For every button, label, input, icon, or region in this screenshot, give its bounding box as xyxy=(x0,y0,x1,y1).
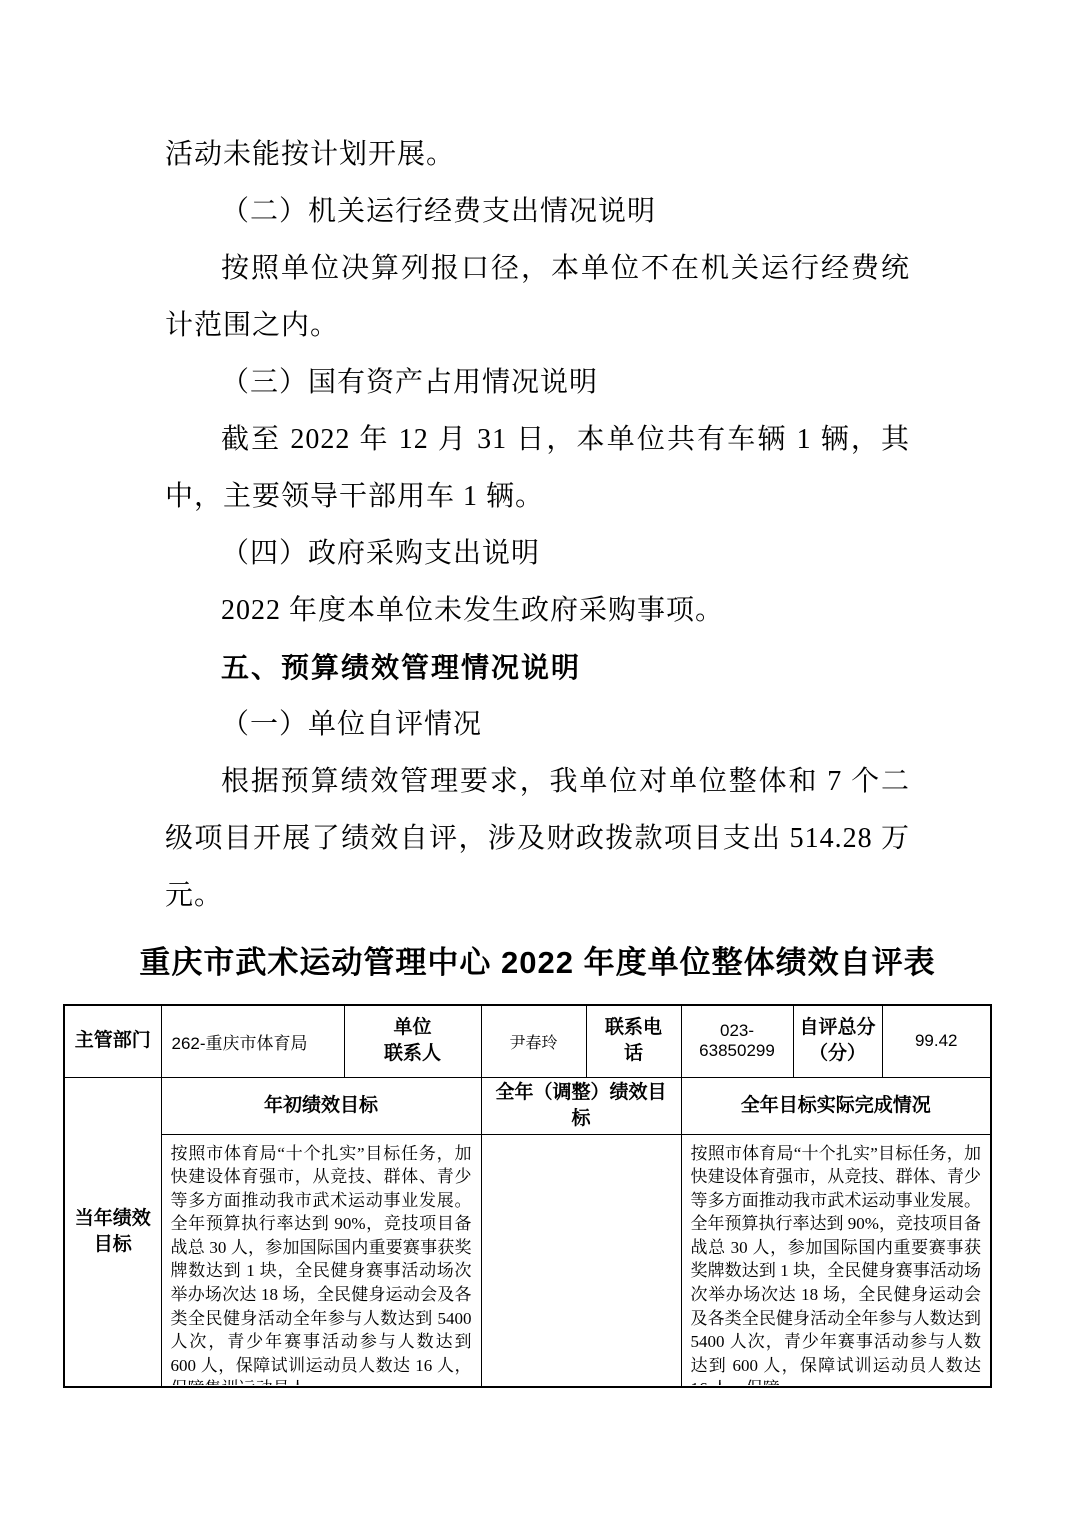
para-admin-expense: 按照单位决算列报口径，本单位不在机关运行经费统计范围之内。 xyxy=(165,240,910,354)
score-label-cell: 自评总分 （分） xyxy=(793,1005,882,1077)
score-value-cell: 99.42 xyxy=(882,1005,991,1077)
heading-self-eval: （一）单位自评情况 xyxy=(165,696,910,753)
heading-state-assets: （三）国有资产占用情况说明 xyxy=(165,354,910,411)
document-body: 活动未能按计划开展。 （二）机关运行经费支出情况说明 按照单位决算列报口径，本单… xyxy=(0,0,1075,924)
table-title: 重庆市武术运动管理中心 2022 年度单位整体绩效自评表 xyxy=(0,942,1075,984)
initial-goal-header-cell: 年初绩效目标 xyxy=(161,1077,481,1134)
table-goal-content-row: 按照市体育局“十个扎实”目标任务，加快建设体育强市，从竞技、群体、青少等多方面推… xyxy=(64,1134,991,1387)
contact-label-cell: 单位 联系人 xyxy=(344,1005,481,1077)
initial-goal-cell: 按照市体育局“十个扎实”目标任务，加快建设体育强市，从竞技、群体、青少等多方面推… xyxy=(161,1134,481,1387)
para-state-assets: 截至 2022 年 12 月 31 日，本单位共有车辆 1 辆，其中，主要领导干… xyxy=(165,411,910,525)
actual-completion-header-cell: 全年目标实际完成情况 xyxy=(681,1077,991,1134)
heading-performance-mgmt: 五、预算绩效管理情况说明 xyxy=(165,639,910,696)
performance-self-eval-table: 主管部门 262-重庆市体育局 单位 联系人 尹春玲 联系电 话 023- 63… xyxy=(63,1004,992,1388)
heading-admin-expense: （二）机关运行经费支出情况说明 xyxy=(165,183,910,240)
adjusted-goal-cell xyxy=(481,1134,681,1387)
paragraph-carryover: 活动未能按计划开展。 xyxy=(165,126,910,183)
initial-goal-text: 按照市体育局“十个扎实”目标任务，加快建设体育强市，从竞技、群体、青少等多方面推… xyxy=(163,1136,480,1385)
document-page: 活动未能按计划开展。 （二）机关运行经费支出情况说明 按照单位决算列报口径，本单… xyxy=(0,0,1075,1520)
dept-label-cell: 主管部门 xyxy=(64,1005,161,1077)
para-self-eval: 根据预算绩效管理要求，我单位对单位整体和 7 个二级项目开展了绩效自评，涉及财政… xyxy=(165,753,910,924)
table-info-row: 主管部门 262-重庆市体育局 单位 联系人 尹春玲 联系电 话 023- 63… xyxy=(64,1005,991,1077)
table-column-header-row: 当年绩效 目标 年初绩效目标 全年（调整）绩效目 标 全年目标实际完成情况 xyxy=(64,1077,991,1134)
current-year-goal-label-cell: 当年绩效 目标 xyxy=(64,1077,161,1387)
adjusted-goal-text xyxy=(483,1136,680,1385)
phone-value-cell: 023- 63850299 xyxy=(681,1005,793,1077)
contact-value-cell: 尹春玲 xyxy=(481,1005,586,1077)
phone-label-cell: 联系电 话 xyxy=(586,1005,681,1077)
actual-completion-text: 按照市体育局“十个扎实”目标任务，加快建设体育强市，从竞技、群体、青少等多方面推… xyxy=(683,1136,990,1385)
dept-value-cell: 262-重庆市体育局 xyxy=(161,1005,344,1077)
adjusted-goal-header-cell: 全年（调整）绩效目 标 xyxy=(481,1077,681,1134)
heading-gov-procurement: （四）政府采购支出说明 xyxy=(165,525,910,582)
para-gov-procurement: 2022 年度本单位未发生政府采购事项。 xyxy=(165,582,910,639)
actual-completion-cell: 按照市体育局“十个扎实”目标任务，加快建设体育强市，从竞技、群体、青少等多方面推… xyxy=(681,1134,991,1387)
